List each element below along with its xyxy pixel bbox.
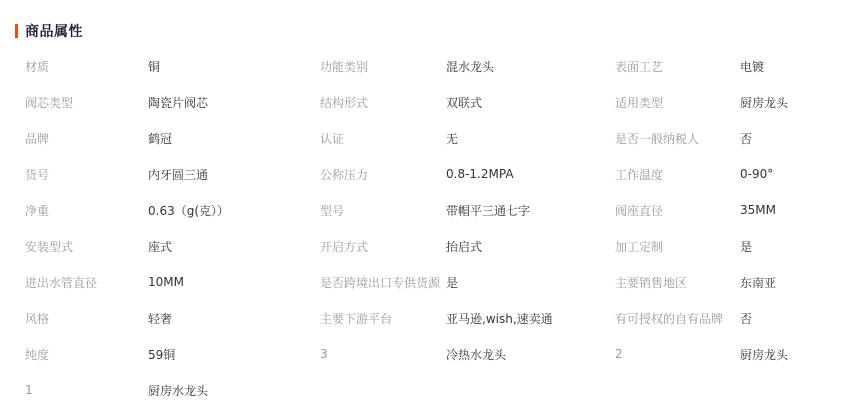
attribute-label: 是否一般纳税人 — [590, 130, 740, 147]
attribute-value: 否 — [740, 310, 752, 327]
attribute-label: 工作温度 — [590, 166, 740, 183]
section-title: 商品属性 — [25, 21, 83, 41]
attribute-row: 品牌 鹤冠 认证 无 是否一般纳税人 否 — [0, 120, 864, 156]
attribute-value: 陶瓷片阀芯 — [148, 94, 208, 111]
attribute-value: 东南亚 — [740, 274, 776, 291]
section-header: 商品属性 — [15, 22, 83, 40]
attribute-label: 风格 — [0, 310, 148, 327]
attribute-label: 3 — [295, 347, 446, 361]
attribute-item: 品牌 鹤冠 — [0, 130, 295, 147]
attribute-value: 无 — [446, 130, 458, 147]
attribute-label: 加工定制 — [590, 238, 740, 255]
attribute-row: 货号 内牙圆三通 公称压力 0.8-1.2MPA 工作温度 0-90° — [0, 156, 864, 192]
attribute-label: 表面工艺 — [590, 58, 740, 75]
attribute-item: 阀芯类型 陶瓷片阀芯 — [0, 94, 295, 111]
attribute-label: 公称压力 — [295, 166, 446, 183]
attribute-label: 主要销售地区 — [590, 274, 740, 291]
attribute-item: 型号 带帽平三通七字 — [295, 202, 590, 219]
attribute-item: 适用类型 厨房龙头 — [590, 94, 864, 111]
attribute-value: 轻奢 — [148, 310, 172, 327]
attribute-label: 型号 — [295, 202, 446, 219]
attribute-value: 是 — [446, 274, 458, 291]
attribute-value: 是 — [740, 238, 752, 255]
attribute-value: 抬启式 — [446, 238, 482, 255]
attribute-label: 结构形式 — [295, 94, 446, 111]
attribute-value: 双联式 — [446, 94, 482, 111]
attribute-value: 35MM — [740, 203, 776, 217]
attribute-item: 阀座直径 35MM — [590, 202, 864, 219]
attribute-row: 风格 轻奢 主要下游平台 亚马逊,wish,速卖通 有可授权的自有品牌 否 — [0, 300, 864, 336]
attribute-value: 0.8-1.2MPA — [446, 167, 514, 181]
attribute-item: 表面工艺 电镀 — [590, 58, 864, 75]
attribute-label: 阀座直径 — [590, 202, 740, 219]
attribute-value: 冷热水龙头 — [446, 346, 506, 363]
attribute-label: 功能类别 — [295, 58, 446, 75]
attribute-row: 纯度 59铜 3 冷热水龙头 2 厨房龙头 — [0, 336, 864, 372]
attribute-label: 认证 — [295, 130, 446, 147]
attribute-label: 货号 — [0, 166, 148, 183]
attribute-item: 安装型式 座式 — [0, 238, 295, 255]
attribute-label: 进出水管直径 — [0, 274, 148, 291]
attribute-value: 铜 — [148, 58, 160, 75]
attribute-item: 纯度 59铜 — [0, 346, 295, 363]
attribute-item: 风格 轻奢 — [0, 310, 295, 327]
attribute-label: 有可授权的自有品牌 — [590, 310, 740, 327]
attributes-table: 材质 铜 功能类别 混水龙头 表面工艺 电镀 阀芯类型 陶瓷片阀芯 结构形式 双… — [0, 48, 864, 405]
attribute-value: 厨房水龙头 — [148, 382, 208, 399]
accent-bar — [15, 24, 18, 38]
attribute-row: 进出水管直径 10MM 是否跨境出口专供货源 是 主要销售地区 东南亚 — [0, 264, 864, 300]
attribute-item: 1 厨房水龙头 — [0, 382, 295, 399]
attribute-label: 净重 — [0, 202, 148, 219]
attribute-item: 功能类别 混水龙头 — [295, 58, 590, 75]
attribute-value: 鹤冠 — [148, 130, 172, 147]
attribute-value: 厨房龙头 — [740, 346, 788, 363]
attribute-item: 是否跨境出口专供货源 是 — [295, 274, 590, 291]
attribute-row: 安装型式 座式 开启方式 抬启式 加工定制 是 — [0, 228, 864, 264]
attribute-value: 10MM — [148, 275, 184, 289]
attribute-value: 59铜 — [148, 346, 175, 363]
attribute-row: 1 厨房水龙头 — [0, 372, 864, 405]
attribute-item: 主要下游平台 亚马逊,wish,速卖通 — [295, 310, 590, 327]
attribute-value: 混水龙头 — [446, 58, 494, 75]
attribute-label: 是否跨境出口专供货源 — [295, 274, 446, 291]
attribute-item: 有可授权的自有品牌 否 — [590, 310, 864, 327]
attribute-value: 带帽平三通七字 — [446, 202, 530, 219]
attribute-value: 亚马逊,wish,速卖通 — [446, 310, 553, 327]
attribute-label: 1 — [0, 383, 148, 397]
attribute-value: 厨房龙头 — [740, 94, 788, 111]
attribute-label: 开启方式 — [295, 238, 446, 255]
attribute-value: 内牙圆三通 — [148, 166, 208, 183]
attribute-label: 2 — [590, 347, 740, 361]
attribute-label: 适用类型 — [590, 94, 740, 111]
attribute-row: 净重 0.63（g(克）） 型号 带帽平三通七字 阀座直径 35MM — [0, 192, 864, 228]
attribute-label: 材质 — [0, 58, 148, 75]
attribute-item: 加工定制 是 — [590, 238, 864, 255]
attribute-item: 2 厨房龙头 — [590, 346, 864, 363]
attribute-row: 阀芯类型 陶瓷片阀芯 结构形式 双联式 适用类型 厨房龙头 — [0, 84, 864, 120]
attribute-item: 进出水管直径 10MM — [0, 274, 295, 291]
attribute-value: 座式 — [148, 238, 172, 255]
attribute-label: 纯度 — [0, 346, 148, 363]
attribute-value: 否 — [740, 130, 752, 147]
attribute-value: 0-90° — [740, 167, 773, 181]
attribute-label: 品牌 — [0, 130, 148, 147]
attribute-item: 公称压力 0.8-1.2MPA — [295, 166, 590, 183]
product-attributes-section: 商品属性 材质 铜 功能类别 混水龙头 表面工艺 电镀 阀芯类型 陶瓷片阀芯 — [0, 0, 864, 405]
attribute-value: 0.63（g(克）） — [148, 202, 229, 219]
attribute-item: 认证 无 — [295, 130, 590, 147]
attribute-item: 是否一般纳税人 否 — [590, 130, 864, 147]
attribute-item: 货号 内牙圆三通 — [0, 166, 295, 183]
attribute-item: 净重 0.63（g(克）） — [0, 202, 295, 219]
attribute-item: 开启方式 抬启式 — [295, 238, 590, 255]
attribute-value: 电镀 — [740, 58, 764, 75]
attribute-label: 阀芯类型 — [0, 94, 148, 111]
attribute-item: 工作温度 0-90° — [590, 166, 864, 183]
attribute-label: 主要下游平台 — [295, 310, 446, 327]
attribute-item: 主要销售地区 东南亚 — [590, 274, 864, 291]
attribute-label: 安装型式 — [0, 238, 148, 255]
attribute-item: 材质 铜 — [0, 58, 295, 75]
attribute-row: 材质 铜 功能类别 混水龙头 表面工艺 电镀 — [0, 48, 864, 84]
attribute-item: 3 冷热水龙头 — [295, 346, 590, 363]
attribute-item: 结构形式 双联式 — [295, 94, 590, 111]
